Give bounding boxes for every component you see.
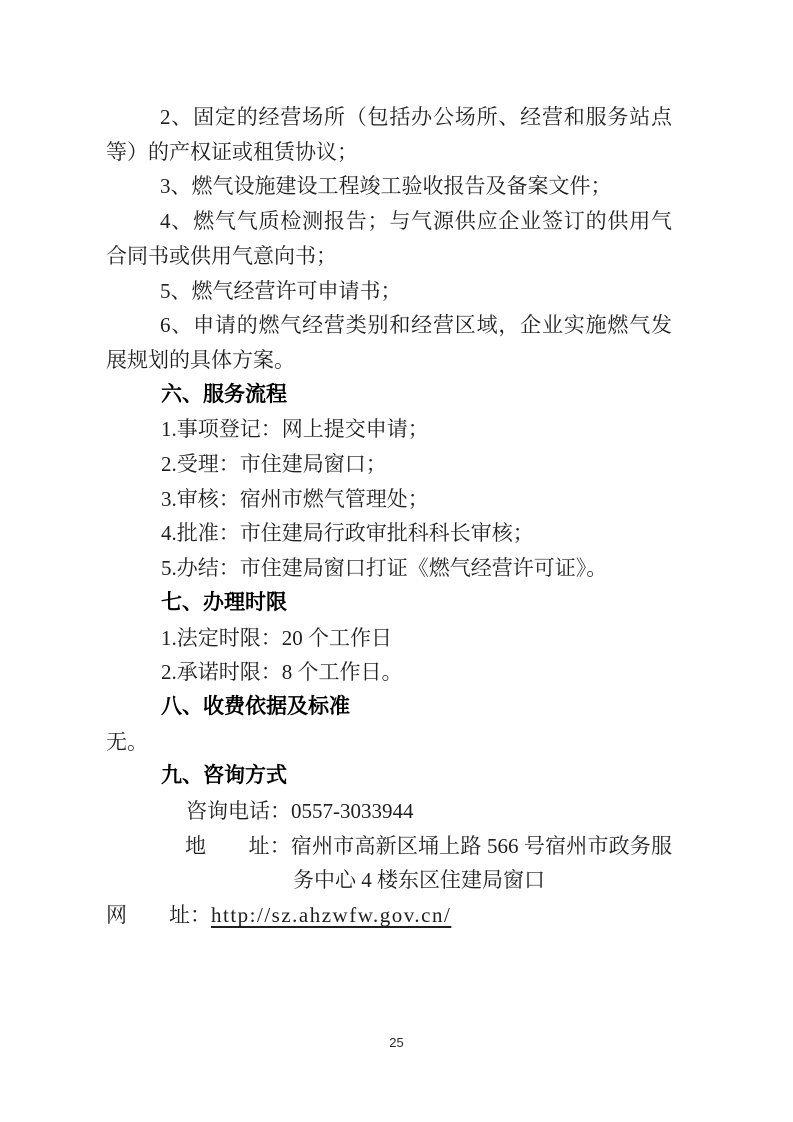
- text-line: 2.承诺时限：8 个工作日。: [106, 655, 672, 690]
- section-heading: 六、服务流程: [106, 378, 672, 413]
- text-line: 5.办结：市住建局窗口打证《燃气经营许可证》。: [106, 551, 672, 586]
- text-line: 1.事项登记：网上提交申请；: [106, 412, 672, 447]
- text-line: 3.审核：宿州市燃气管理处；: [106, 482, 672, 517]
- text-line: 5、燃气经营许可申请书；: [106, 274, 672, 309]
- text-line: 咨询电话：0557-3033944: [106, 794, 672, 829]
- text-line: 网 址：http://sz.ahzwfw.gov.cn/: [106, 898, 672, 933]
- text-line: 6、申请的燃气经营类别和经营区域，企业实施燃气发: [106, 308, 672, 343]
- text-line: 4、燃气气质检测报告；与气源供应企业签订的供用气: [106, 204, 672, 239]
- text-line: 2、固定的经营场所（包括办公场所、经营和服务站点: [106, 100, 672, 135]
- text-line: 无。: [106, 725, 672, 760]
- document-page: 2、固定的经营场所（包括办公场所、经营和服务站点等）的产权证或租赁协议；3、燃气…: [0, 0, 793, 1122]
- section-heading: 七、办理时限: [106, 586, 672, 621]
- section-heading: 九、咨询方式: [106, 759, 672, 794]
- text-line: 1.法定时限：20 个工作日: [106, 621, 672, 656]
- text-line: 4.批准：市住建局行政审批科科长审核；: [106, 516, 672, 551]
- text-line: 3、燃气设施建设工程竣工验收报告及备案文件；: [106, 169, 672, 204]
- text-line: 等）的产权证或租赁协议；: [106, 135, 672, 170]
- text-line: 展规划的具体方案。: [106, 343, 672, 378]
- text-line: 地 址：宿州市高新区埇上路 566 号宿州市政务服: [106, 829, 672, 864]
- page-number: 25: [0, 1035, 793, 1050]
- text-line: 务中心 4 楼东区住建局窗口: [106, 863, 672, 898]
- document-body: 2、固定的经营场所（包括办公场所、经营和服务站点等）的产权证或租赁协议；3、燃气…: [106, 100, 672, 933]
- text-line: 2.受理：市住建局窗口；: [106, 447, 672, 482]
- text-line: 合同书或供用气意向书；: [106, 239, 672, 274]
- section-heading: 八、收费依据及标准: [106, 690, 672, 725]
- website-label: 网 址：: [106, 903, 211, 927]
- website-link[interactable]: http://sz.ahzwfw.gov.cn/: [211, 903, 451, 927]
